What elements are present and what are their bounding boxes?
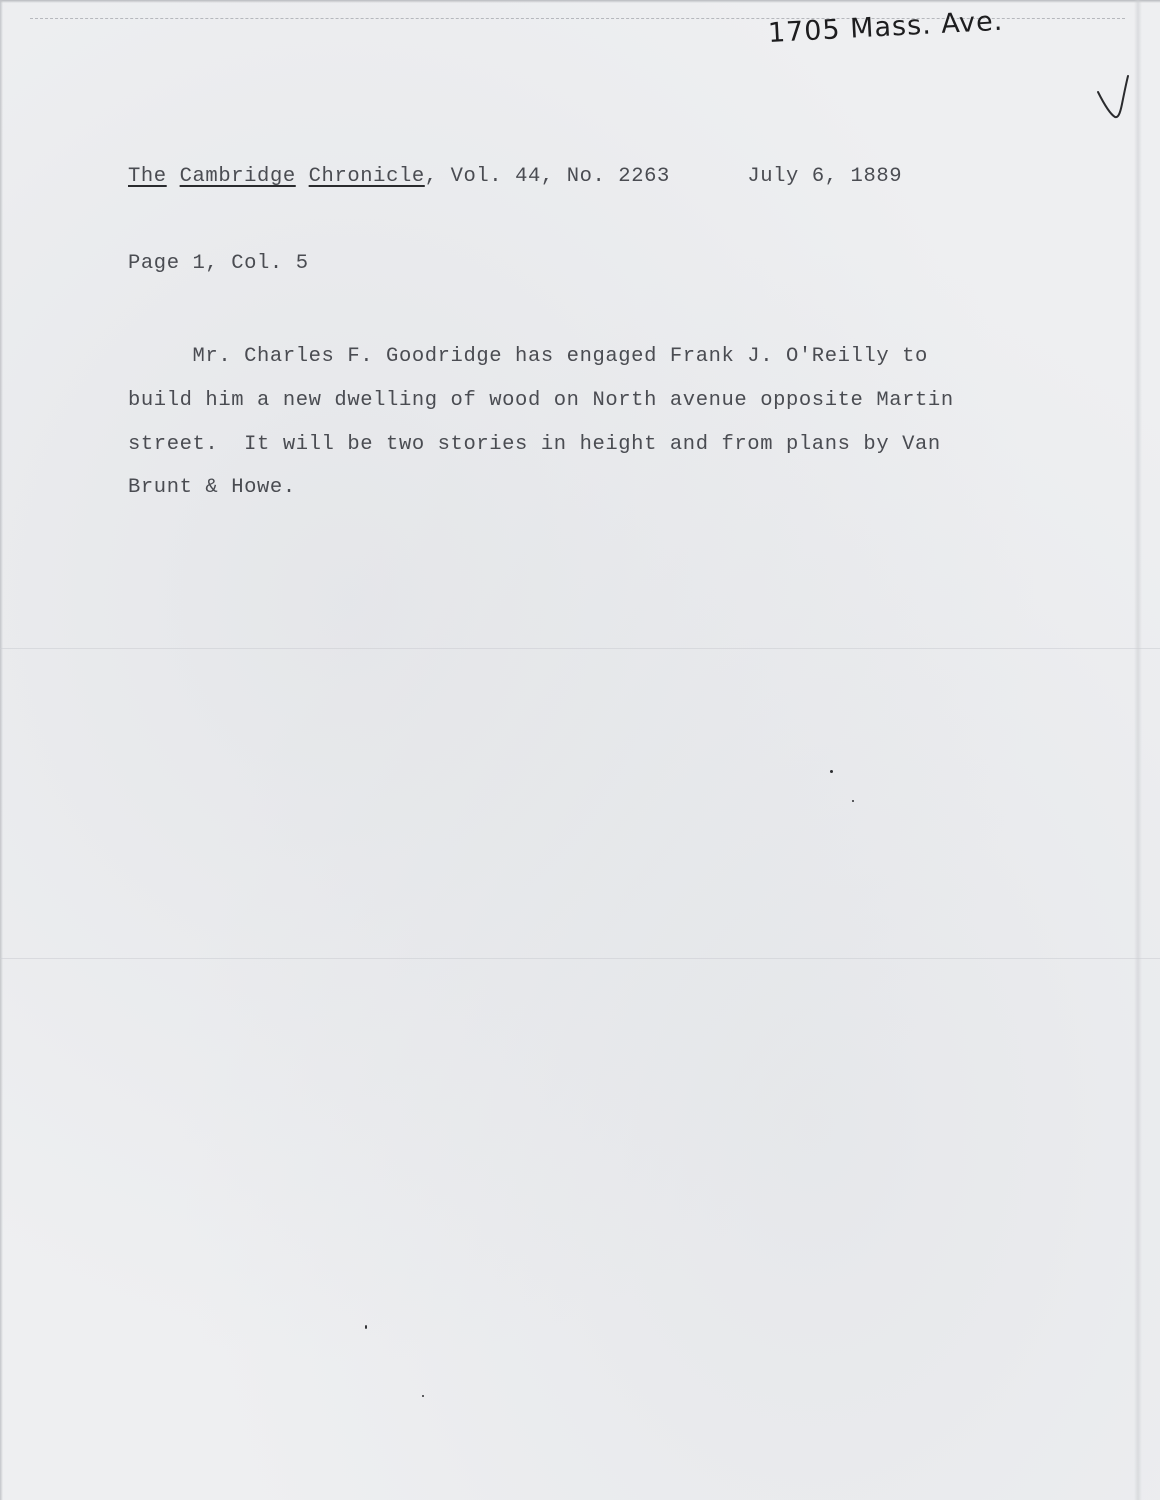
body-line: Mr. Charles F. Goodridge has engaged Fra… [128,345,928,368]
body-line: build him a new dwelling of wood on Nort… [128,389,954,412]
body-line: street. It will be two stories in height… [128,433,941,456]
scan-speck [852,800,854,802]
body-line: Brunt & Howe. [128,476,296,499]
page-column-reference: Page 1, Col. 5 [128,252,309,275]
newspaper-name-cambridge: Cambridge [180,165,296,188]
page-left-edge [0,0,3,1500]
newspaper-name-chronicle: Chronicle [309,165,425,188]
newspaper-name-the: The [128,165,167,188]
scan-speck [365,1325,367,1329]
fold-line [0,648,1160,649]
scan-speck [830,770,833,773]
volume-issue: , Vol. 44, No. 2263 [425,165,670,188]
scan-speck [422,1395,424,1397]
handwritten-address-note: 1705 Mass. Ave. [767,6,1004,49]
publication-date: July 6, 1889 [747,165,902,188]
scan-right-shadow [1134,0,1142,1500]
page-top-edge [0,0,1160,3]
document-page: 1705 Mass. Ave. The Cambridge Chronicle,… [0,0,1160,1500]
citation-line: The Cambridge Chronicle, Vol. 44, No. 22… [128,165,902,188]
fold-line [0,958,1160,959]
checkmark-icon [1096,74,1130,124]
